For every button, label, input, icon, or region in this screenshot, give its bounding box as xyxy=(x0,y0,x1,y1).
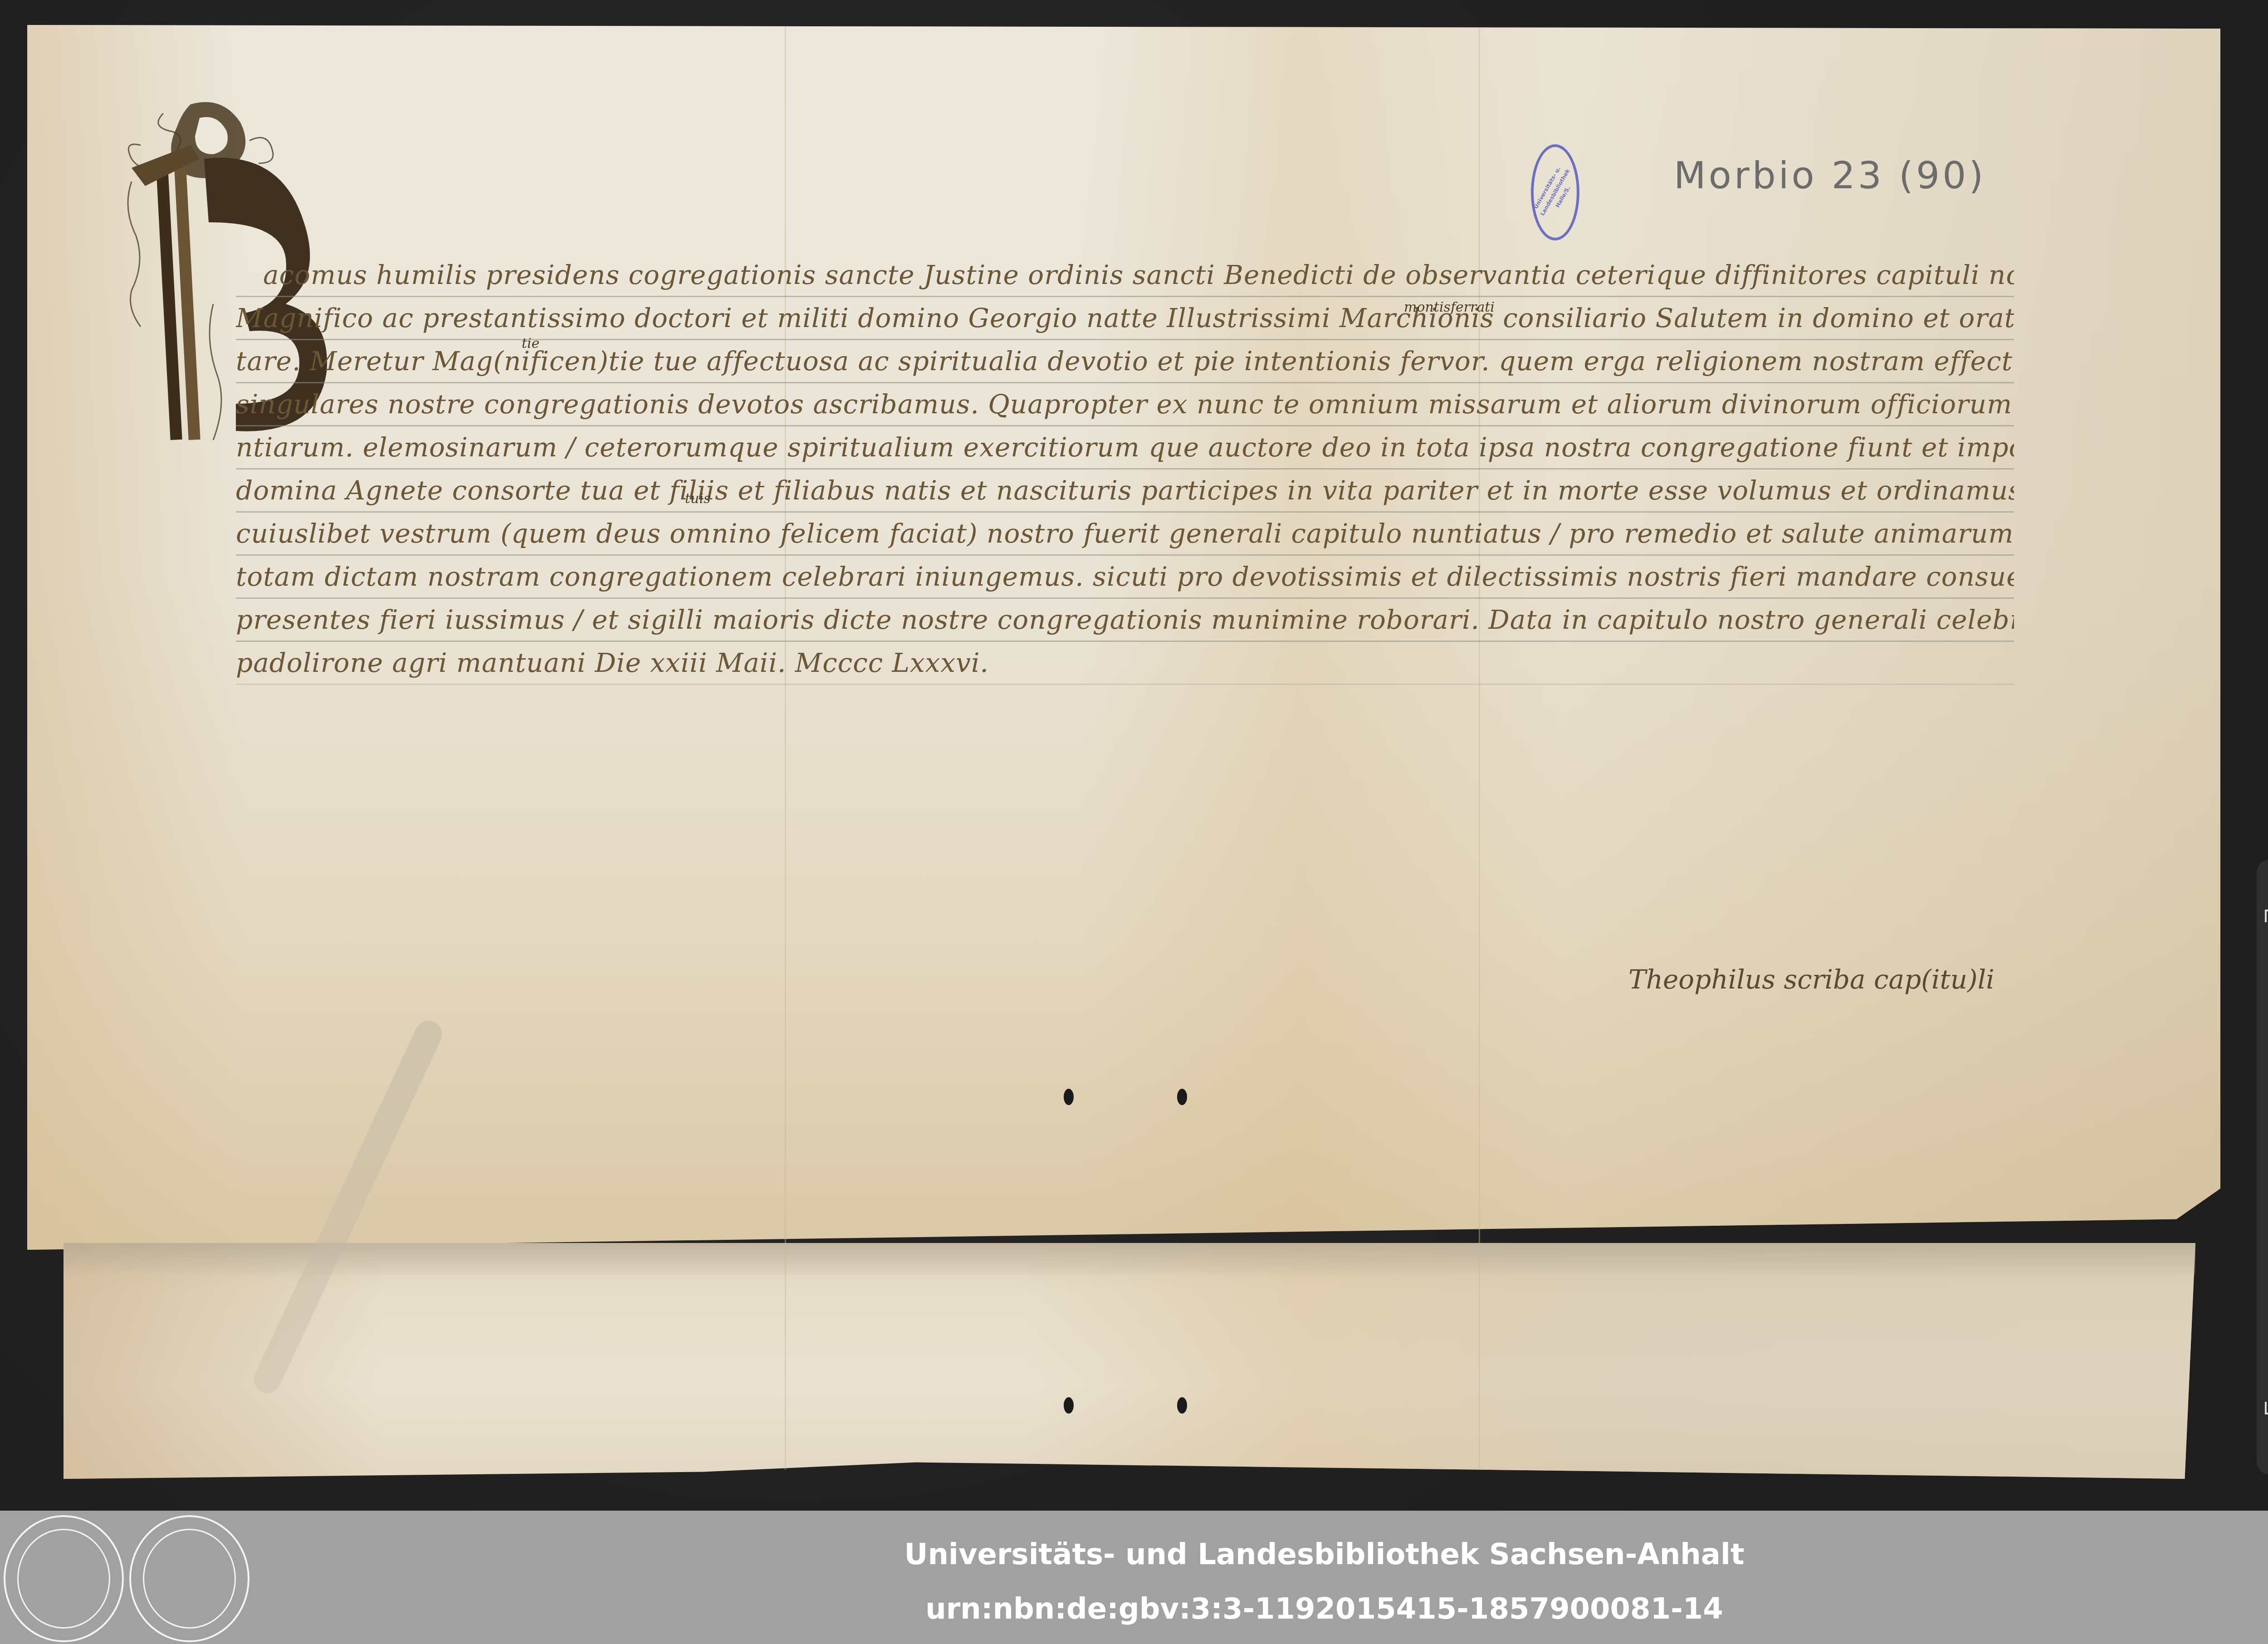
manuscript-text-block: acomus humilis presidens cogregationis s… xyxy=(236,254,2014,685)
urn-identifier: urn:nbn:de:gbv:3:3-1192015415-1857900081… xyxy=(0,1592,2268,1626)
manuscript-line: padolirone agri mantuani Die xxiii Maii.… xyxy=(236,642,2014,685)
vertical-crease xyxy=(785,27,786,1470)
manuscript-line: totam dictam nostram congregationem cele… xyxy=(236,556,2014,599)
corner-mark-icon xyxy=(2265,910,2268,922)
manuscript-line: presentes fieri iussimus / et sigilli ma… xyxy=(236,599,2014,642)
color-checker-card: ✖ x-rite colorcheckerCLASSIC mm xyxy=(2257,860,2268,1474)
institution-name: Universitäts- und Landesbibliothek Sachs… xyxy=(0,1538,2268,1571)
interlinear-note: tie xyxy=(522,336,539,352)
seal-cord-hole xyxy=(1177,1089,1187,1105)
manuscript-line: ntiarum. elemosinarum / ceterorumque spi… xyxy=(236,426,2014,470)
manuscript-line: Magnifico ac prestantissimo doctori et m… xyxy=(236,297,2014,340)
seal-cord-hole xyxy=(1177,1397,1187,1414)
parchment-plica-fold xyxy=(64,1243,2195,1479)
stamp-text: Universitäts- u. Landesbibliothek Halle/… xyxy=(1530,163,1580,222)
scribe-signature: Theophilus scriba cap(itu)li xyxy=(1628,964,1994,995)
manuscript-line: cuiuslibet vestrum (quem deus omnino fel… xyxy=(236,513,2014,556)
seal-cord-hole xyxy=(1064,1089,1074,1105)
manuscript-line: singulares nostre congregationis devotos… xyxy=(236,383,2014,426)
interlinear-note: tuis xyxy=(685,491,710,507)
manuscript-line: acomus humilis presidens cogregationis s… xyxy=(236,254,2014,297)
seal-cord-hole xyxy=(1064,1397,1074,1414)
manuscript-line: tare. Meretur Mag(nificen)tie tue affect… xyxy=(236,340,2014,383)
library-ownership-stamp: Universitäts- u. Landesbibliothek Halle/… xyxy=(1531,144,1579,240)
footer-banner: Universitäts- und Landesbibliothek Sachs… xyxy=(0,1511,2268,1644)
vertical-crease xyxy=(1479,27,1480,1470)
fold-crease xyxy=(64,1243,2195,1275)
interlinear-note: montisferrati xyxy=(1404,299,1495,315)
manuscript-line: domina Agnete consorte tua et filiis et … xyxy=(236,470,2014,513)
shelfmark-annotation: Morbio 23 (90) xyxy=(1674,154,1986,197)
corner-mark-icon xyxy=(2265,1402,2268,1414)
